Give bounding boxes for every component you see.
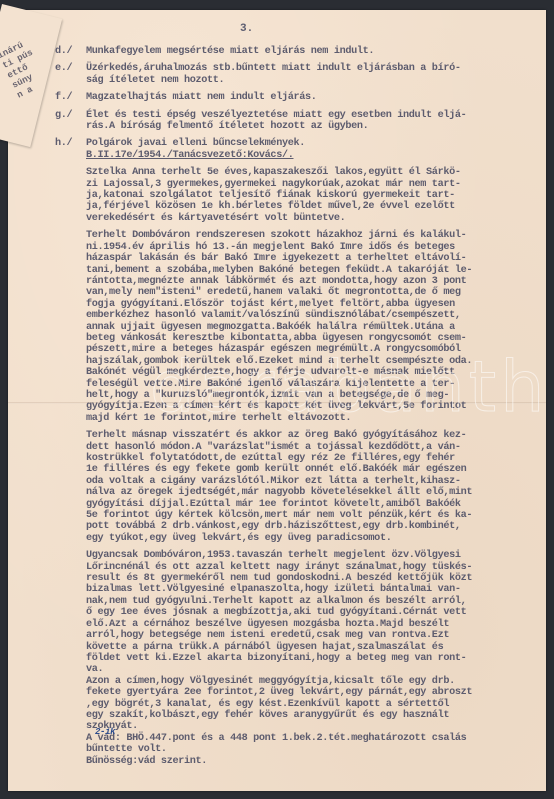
item-text: Üzérkedés,áruhalmozás stb.bűntett miatt …: [86, 63, 543, 86]
paragraph-defendant: Sztelka Anna terhelt 5e éves,kapaszakesz…: [86, 167, 543, 224]
item-label: h./: [55, 138, 86, 149]
page-number: 3.: [240, 23, 253, 35]
item-label: g./: [55, 110, 86, 133]
paragraph-volgyesi: Ugyancsak Dombóváron,1953.tavaszán terhe…: [86, 550, 543, 675]
item-text: Polgárok javai elleni bűncselekmények.: [86, 138, 543, 149]
list-item-e: e./ Üzérkedés,áruhalmozás stb.bűntett mi…: [55, 63, 543, 86]
item-text: Magzatelhajtás miatt nem indult eljárás.: [86, 92, 543, 103]
item-label: d./: [55, 46, 86, 57]
flap-text: inárú ti pús ettő súny n a: [0, 38, 49, 102]
item-text: Élet és testi épség veszélyeztetése miat…: [86, 110, 543, 133]
list-item-g: g./ Élet és testi épség veszélyeztetése …: [55, 110, 543, 133]
list-item-h: h./ Polgárok javai elleni bűncselekménye…: [55, 138, 543, 149]
case-reference: B.II.17e/1954./Tanácsvezető:Kovács/.: [86, 150, 543, 161]
folded-paper-corner: inárú ti pús ettő súny n a: [0, 4, 62, 147]
item-label: e./: [55, 63, 86, 86]
document-body: d./ Munkafegyelem megsértése miatt eljár…: [55, 46, 543, 773]
item-label: f./: [55, 92, 86, 103]
list-item-f: f./ Magzatelhajtás miatt nem indult eljá…: [55, 92, 543, 103]
paragraph-items-obtained: Azon a címen,hogy Völgyesinét meggyógyít…: [86, 676, 543, 733]
paragraph-first-incident: Terhelt Dombóváron rendszeresen szokott …: [86, 230, 543, 424]
verdict-statement: Bűnösség:vád szerint.: [86, 756, 543, 767]
list-item-d: d./ Munkafegyelem megsértése miatt eljár…: [55, 46, 543, 57]
paragraph-second-visit: Terhelt másnap visszatért és akkor az ör…: [86, 430, 543, 544]
charge-statement: A vád: BHÖ.447.pont és a 448 pont 1.bek.…: [86, 733, 543, 756]
item-text: Munkafegyelem megsértése miatt eljárás n…: [86, 46, 543, 57]
